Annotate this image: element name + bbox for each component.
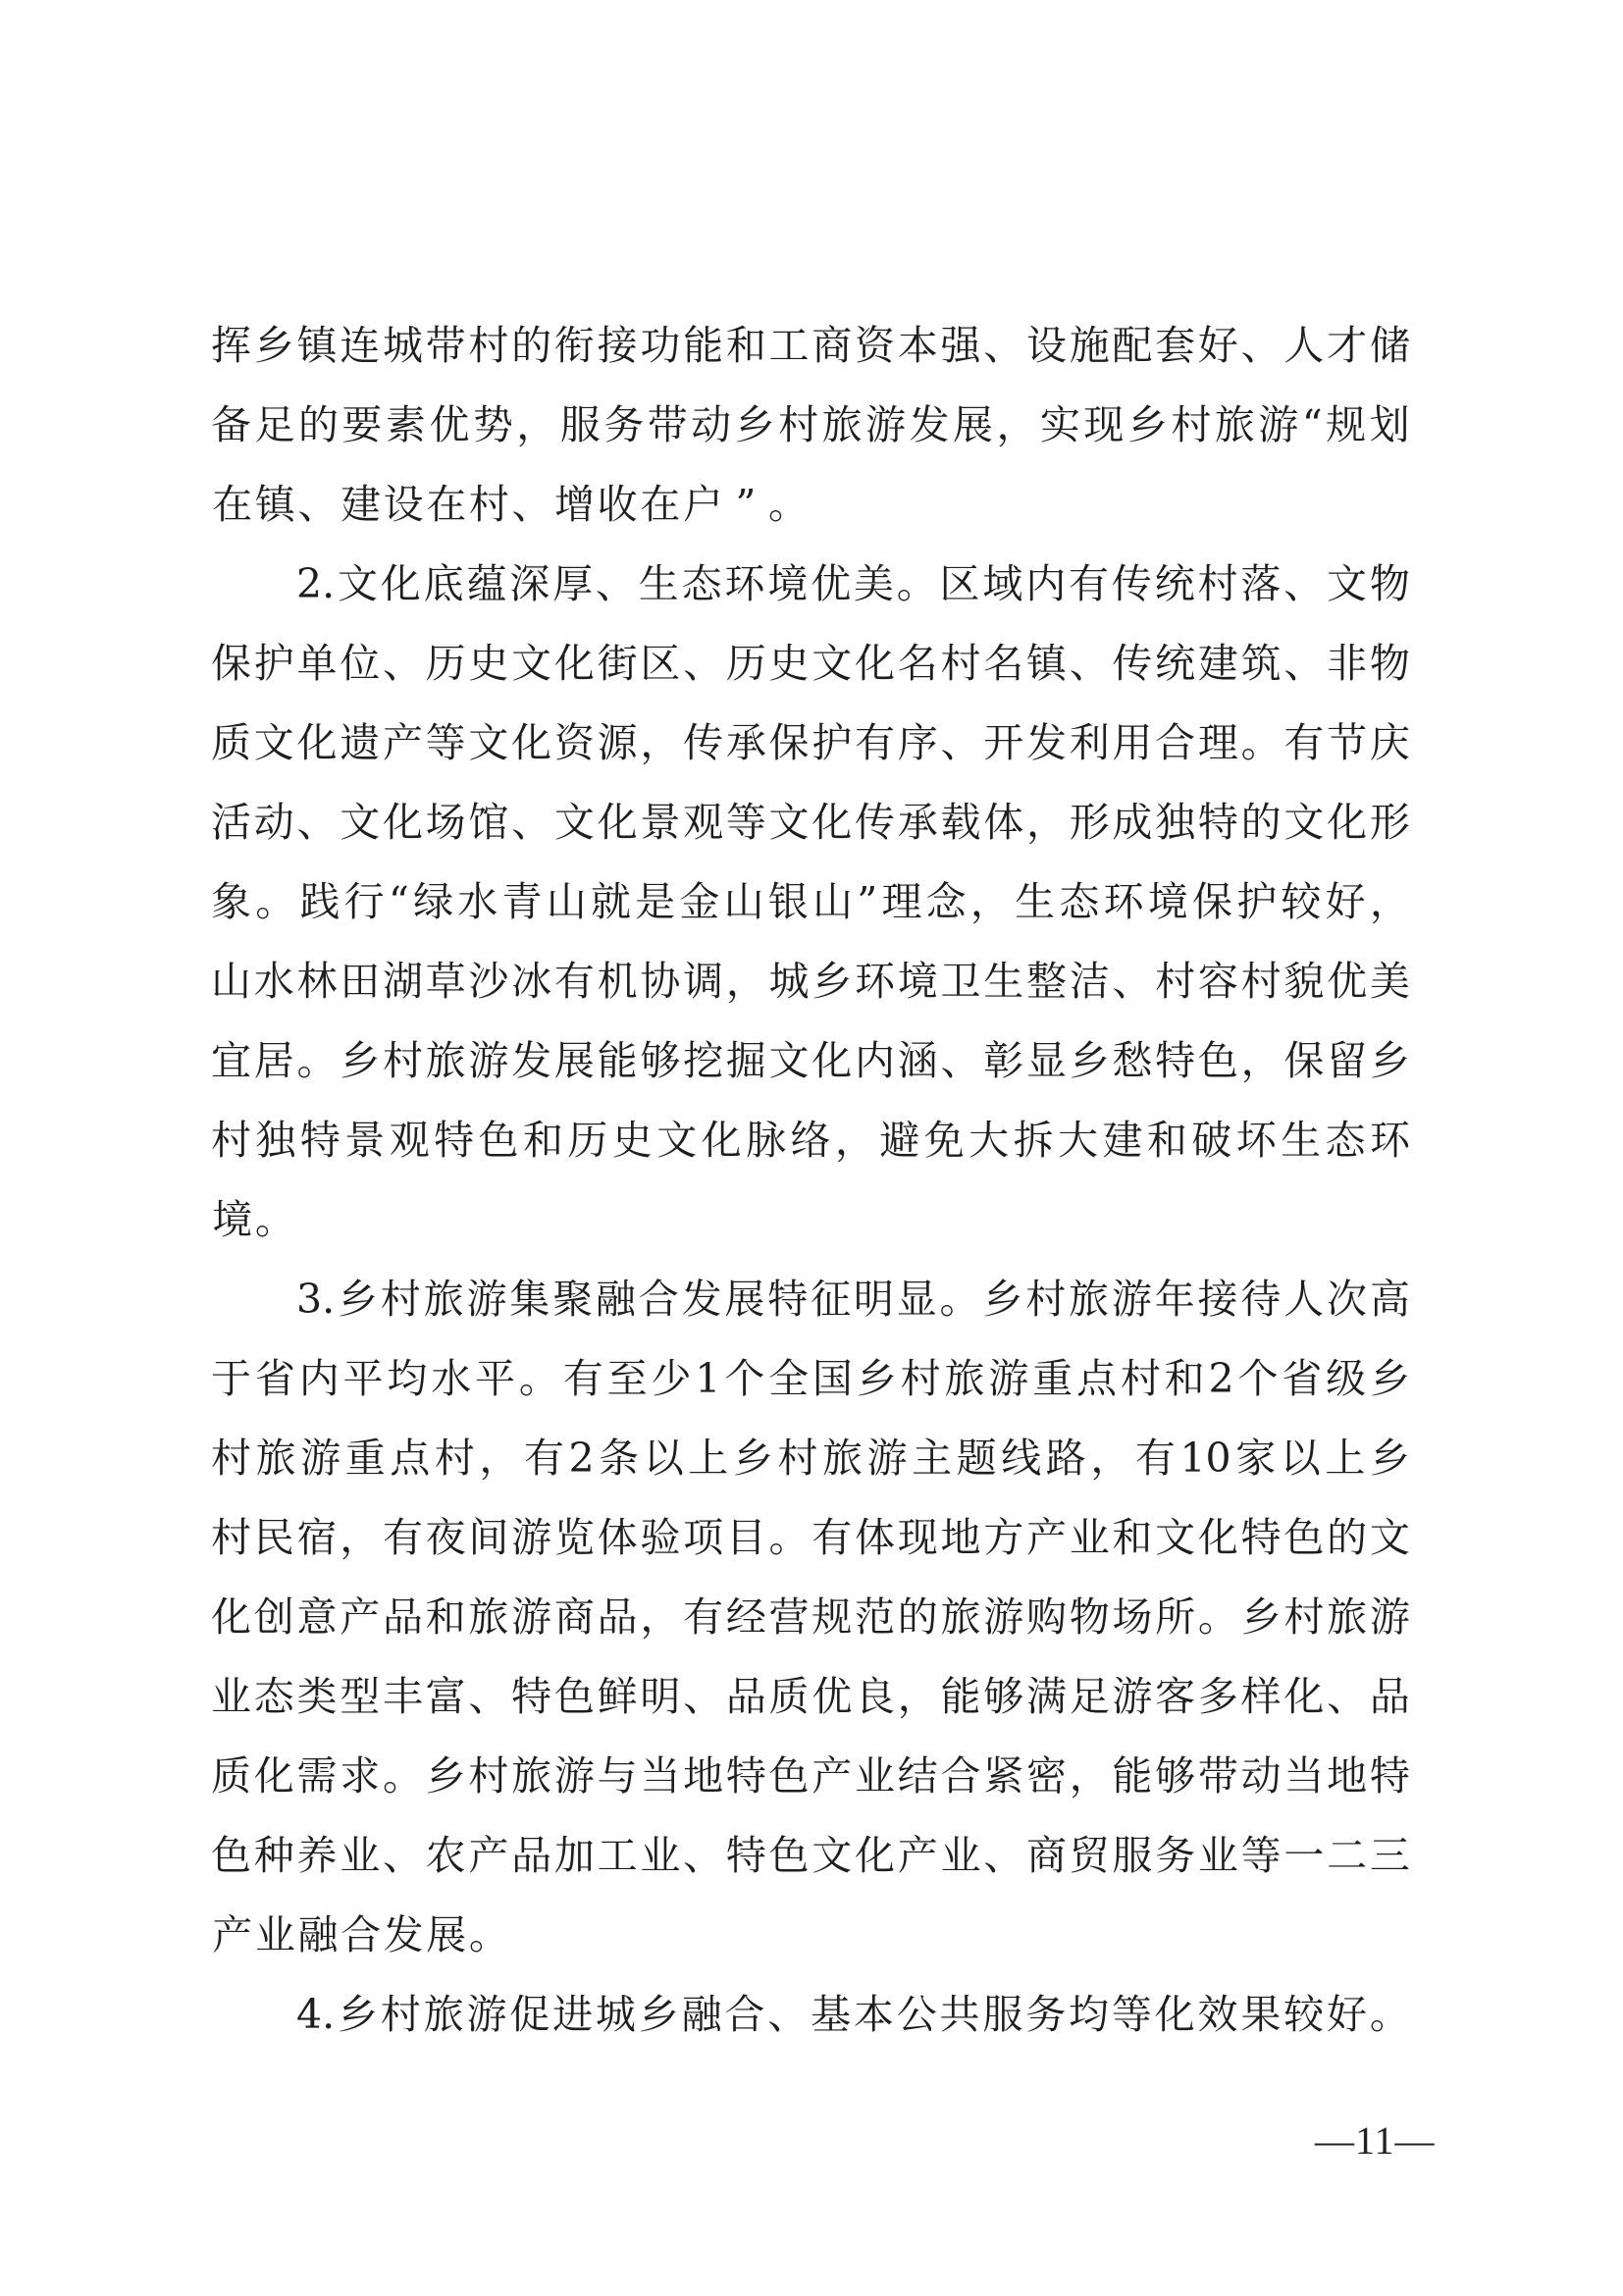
text-line: 产业融合发展。 (211, 1896, 1410, 1975)
text-line: 宜居。乡村旅游发展能够挖掘文化内涵、彰显乡愁特色，保留乡 (211, 1021, 1410, 1101)
text-line: 村旅游重点村，有2条以上乡村旅游主题线路，有10家以上乡 (211, 1419, 1410, 1498)
paragraph-1: 挥乡镇连城带村的衔接功能和工商资本强、设施配套好、人才储备足的要素优势，服务带动… (211, 306, 1410, 545)
text-line: 3.乡村旅游集聚融合发展特征明显。乡村旅游年接待人次高 (211, 1260, 1410, 1339)
paragraph-3: 3.乡村旅游集聚融合发展特征明显。乡村旅游年接待人次高于省内平均水平。有至少1个… (211, 1260, 1410, 1975)
text-line: 业态类型丰富、特色鲜明、品质优良，能够满足游客多样化、品 (211, 1657, 1410, 1737)
text-line: 活动、文化场馆、文化景观等文化传承载体，形成独特的文化形 (211, 783, 1410, 862)
text-line: 境。 (211, 1180, 1410, 1260)
text-line: 山水林田湖草沙冰有机协调，城乡环境卫生整洁、村容村貌优美 (211, 942, 1410, 1021)
document-page: 挥乡镇连城带村的衔接功能和工商资本强、设施配套好、人才储备足的要素优势，服务带动… (0, 0, 1623, 2296)
paragraph-2: 2.文化底蕴深厚、生态环境优美。区域内有传统村落、文物保护单位、历史文化街区、历… (211, 545, 1410, 1260)
text-line: 备足的要素优势，服务带动乡村旅游发展，实现乡村旅游“规划 (211, 386, 1410, 465)
text-line: 质文化遗产等文化资源，传承保护有序、开发利用合理。有节庆 (211, 704, 1410, 783)
text-line: 色种养业、农产品加工业、特色文化产业、商贸服务业等一二三 (211, 1816, 1410, 1896)
text-line: 象。践行“绿水青山就是金山银山”理念，生态环境保护较好， (211, 862, 1410, 942)
text-line: 挥乡镇连城带村的衔接功能和工商资本强、设施配套好、人才储 (211, 306, 1410, 386)
text-line: 4.乡村旅游促进城乡融合、基本公共服务均等化效果较好。 (211, 1975, 1410, 2055)
text-line: 2.文化底蕴深厚、生态环境优美。区域内有传统村落、文物 (211, 545, 1410, 624)
body-text: 挥乡镇连城带村的衔接功能和工商资本强、设施配套好、人才储备足的要素优势，服务带动… (211, 306, 1410, 2055)
text-line: 化创意产品和旅游商品，有经营规范的旅游购物场所。乡村旅游 (211, 1578, 1410, 1657)
page-number: —11— (1315, 2117, 1436, 2165)
text-line: 保护单位、历史文化街区、历史文化名村名镇、传统建筑、非物 (211, 624, 1410, 704)
text-line: 村民宿，有夜间游览体验项目。有体现地方产业和文化特色的文 (211, 1498, 1410, 1578)
text-line: 质化需求。乡村旅游与当地特色产业结合紧密，能够带动当地特 (211, 1737, 1410, 1816)
text-line: 村独特景观特色和历史文化脉络，避免大拆大建和破坏生态环 (211, 1101, 1410, 1180)
text-line: 在镇、建设在村、增收在户”。 (211, 465, 1410, 545)
paragraph-4: 4.乡村旅游促进城乡融合、基本公共服务均等化效果较好。 (211, 1975, 1410, 2055)
text-line: 于省内平均水平。有至少1个全国乡村旅游重点村和2个省级乡 (211, 1339, 1410, 1419)
